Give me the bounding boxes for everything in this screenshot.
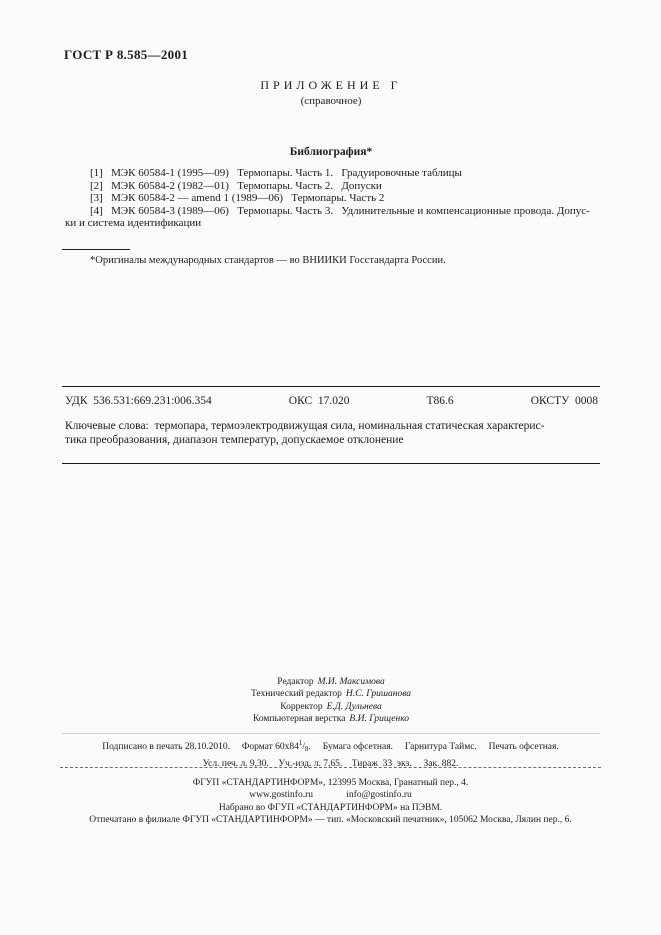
staff-credits: РедакторМ.И. Максимова Технический редак… xyxy=(62,676,600,726)
udk-code: УДК 536.531:669.231:006.354 xyxy=(65,395,212,407)
publisher-divider xyxy=(60,767,601,768)
staff-row-corrector: КорректорЕ.Д. Дульнева xyxy=(62,701,600,713)
publisher-block: ФГУП «СТАНДАРТИНФОРМ», 123995 Москва, Гр… xyxy=(0,777,661,827)
links-gap xyxy=(313,790,346,800)
staff-name: Н.С. Гришанова xyxy=(346,689,411,699)
staff-role: Корректор xyxy=(280,702,322,712)
publisher-website: www.gostinfo.ru xyxy=(249,790,313,800)
separator-rule-bottom xyxy=(62,463,600,464)
classification-codes-row: УДК 536.531:669.231:006.354 ОКС 17.020 Т… xyxy=(65,395,598,407)
bibliography-item-2: [2] МЭК 60584-2 (1982—01) Термопары. Час… xyxy=(65,180,625,193)
bibliography-title: Библиография* xyxy=(290,146,372,158)
keywords-line-1: Ключевые слова: термопара, термоэлектрод… xyxy=(65,420,610,434)
separator-rule-top xyxy=(62,386,600,387)
footnote-divider xyxy=(62,249,130,250)
publisher-typeset-note: Набрано во ФГУП «СТАНДАРТИНФОРМ» на ПЭВМ… xyxy=(0,802,661,814)
publisher-address: ФГУП «СТАНДАРТИНФОРМ», 123995 Москва, Гр… xyxy=(0,777,661,789)
footnote-text: *Оригиналы международных стандартов — во… xyxy=(90,255,610,266)
staff-role: Редактор xyxy=(277,677,313,687)
keywords-block: Ключевые слова: термопара, термоэлектрод… xyxy=(65,420,610,447)
doc-number: ГОСТ Р 8.585—2001 xyxy=(64,47,188,63)
oks-code: ОКС 17.020 xyxy=(289,395,350,407)
colophon-line-2: Усл. печ. л. 9,30. Уч.-изд. л. 7,65. Тир… xyxy=(0,757,661,772)
bibliography-item-4: [4] МЭК 60584-3 (1989—06) Термопары. Час… xyxy=(65,205,625,218)
okstu-code: ОКСТУ 0008 xyxy=(531,395,598,407)
bibliography-item-3: [3] МЭК 60584-2 — amend 1 (1989—06) Терм… xyxy=(65,192,625,205)
staff-name: В.И. Грищенко xyxy=(349,714,409,724)
publisher-email: info@gostinfo.ru xyxy=(346,790,411,800)
bibliography-item-1: [1] МЭК 60584-1 (1995—09) Термопары. Час… xyxy=(65,167,625,180)
staff-name: М.И. Максимова xyxy=(318,677,385,687)
colophon-print-info: Подписано в печать 28.10.2010. Формат 60… xyxy=(102,742,299,752)
staff-role: Технический редактор xyxy=(251,689,342,699)
staff-row-technical-editor: Технический редакторН.С. Гришанова xyxy=(62,688,600,700)
t-code: Т86.6 xyxy=(427,395,454,407)
publisher-print-note: Отпечатано в филиале ФГУП «СТАНДАРТИНФОР… xyxy=(0,814,661,826)
appendix-header: ПРИЛОЖЕНИЕ Г (справочное) xyxy=(62,78,600,107)
staff-name: Е.Д. Дульнева xyxy=(327,702,382,712)
keywords-line-2: тика преобразования, диапазон температур… xyxy=(65,434,610,448)
publisher-links-row: www.gostinfo.ru info@gostinfo.ru xyxy=(0,789,661,801)
staff-role: Компьютерная верстка xyxy=(253,714,345,724)
colophon-line-1: Подписано в печать 28.10.2010. Формат 60… xyxy=(0,736,661,757)
staff-row-layout: Компьютерная версткаВ.И. Грищенко xyxy=(62,713,600,725)
bibliography-heading: Библиография* xyxy=(62,142,600,160)
colophon-divider xyxy=(62,733,600,734)
bibliography-list: [1] МЭК 60584-1 (1995—09) Термопары. Час… xyxy=(65,167,625,230)
bibliography-item-4-continuation: ки и система идентификации xyxy=(65,217,625,230)
staff-row-editor: РедакторМ.И. Максимова xyxy=(62,676,600,688)
colophon-block: Подписано в печать 28.10.2010. Формат 60… xyxy=(0,736,661,771)
document-page: ГОСТ Р 8.585—2001 ПРИЛОЖЕНИЕ Г (справочн… xyxy=(0,0,661,935)
appendix-title: ПРИЛОЖЕНИЕ Г xyxy=(62,78,600,93)
appendix-note: (справочное) xyxy=(62,95,600,107)
colophon-paper-info: . Бумага офсетная. Гарнитура Таймс. Печа… xyxy=(309,742,559,752)
